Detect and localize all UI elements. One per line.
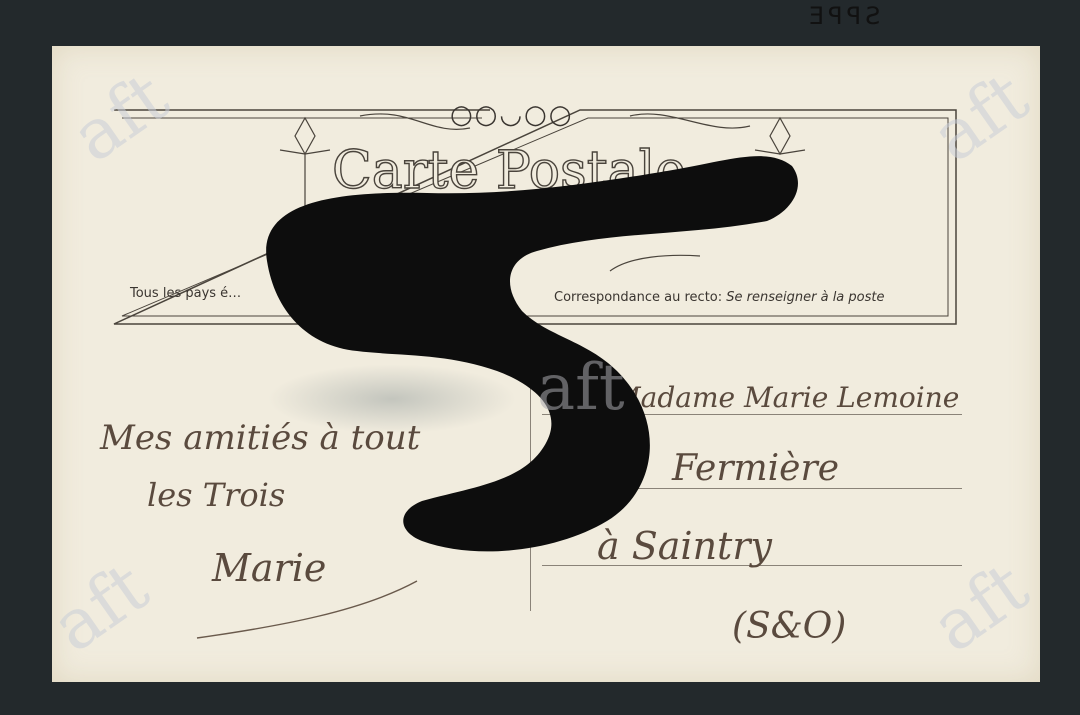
signature-underline xyxy=(192,576,422,646)
postcard: ○○◡○○ Carte Postale Tous les pays é… Cor… xyxy=(52,46,1040,682)
caption-left: Tous les pays é… xyxy=(130,286,241,301)
ornament-circles: ○○◡○○ xyxy=(450,100,573,130)
watermark-center: aft xyxy=(537,351,625,425)
pencil-mark: SPPE xyxy=(805,2,880,30)
fur-numeral-five-applique xyxy=(247,141,807,561)
address-line-4: (S&O) xyxy=(732,606,846,647)
watermark-bottom-left: aft xyxy=(37,546,162,668)
leaf-flourish-right xyxy=(630,114,750,128)
